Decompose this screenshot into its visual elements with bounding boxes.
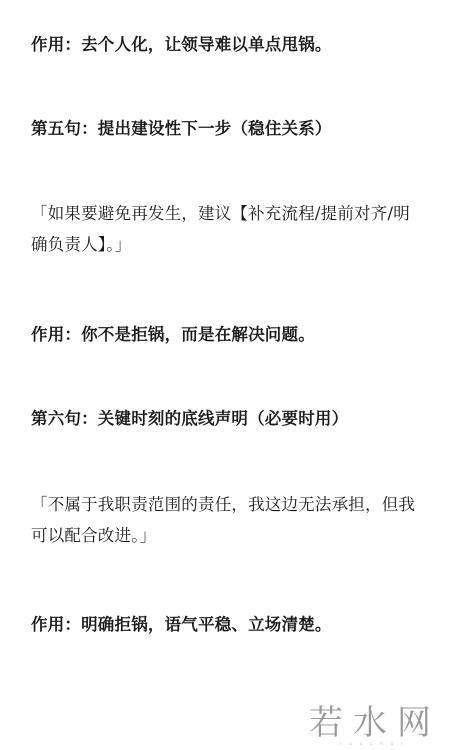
quote-text-6: 「不属于我职责范围的责任，我这边无法承担，但我可以配合改进。」 (31, 489, 423, 551)
quote-text-5: 「如果要避免再发生，建议【补充流程/提前对齐/明确负责人】。」 (31, 198, 423, 260)
effect-text-1: 作用：去个人化，让领导难以单点甩锅。 (31, 29, 423, 60)
effect-text-6: 作用：明确拒锅，语气平稳、立场清楚。 (31, 609, 423, 640)
watermark-text: 若水网 (305, 705, 445, 741)
section-heading-5: 第五句：提出建设性下一步（稳住关系） (31, 113, 423, 144)
effect-text-5: 作用：你不是拒锅，而是在解决问题。 (31, 319, 423, 350)
section-heading-6: 第六句：关键时刻的底线声明（必要时用） (31, 403, 423, 434)
watermark-logo: 若水网 ruoshui (305, 705, 445, 745)
